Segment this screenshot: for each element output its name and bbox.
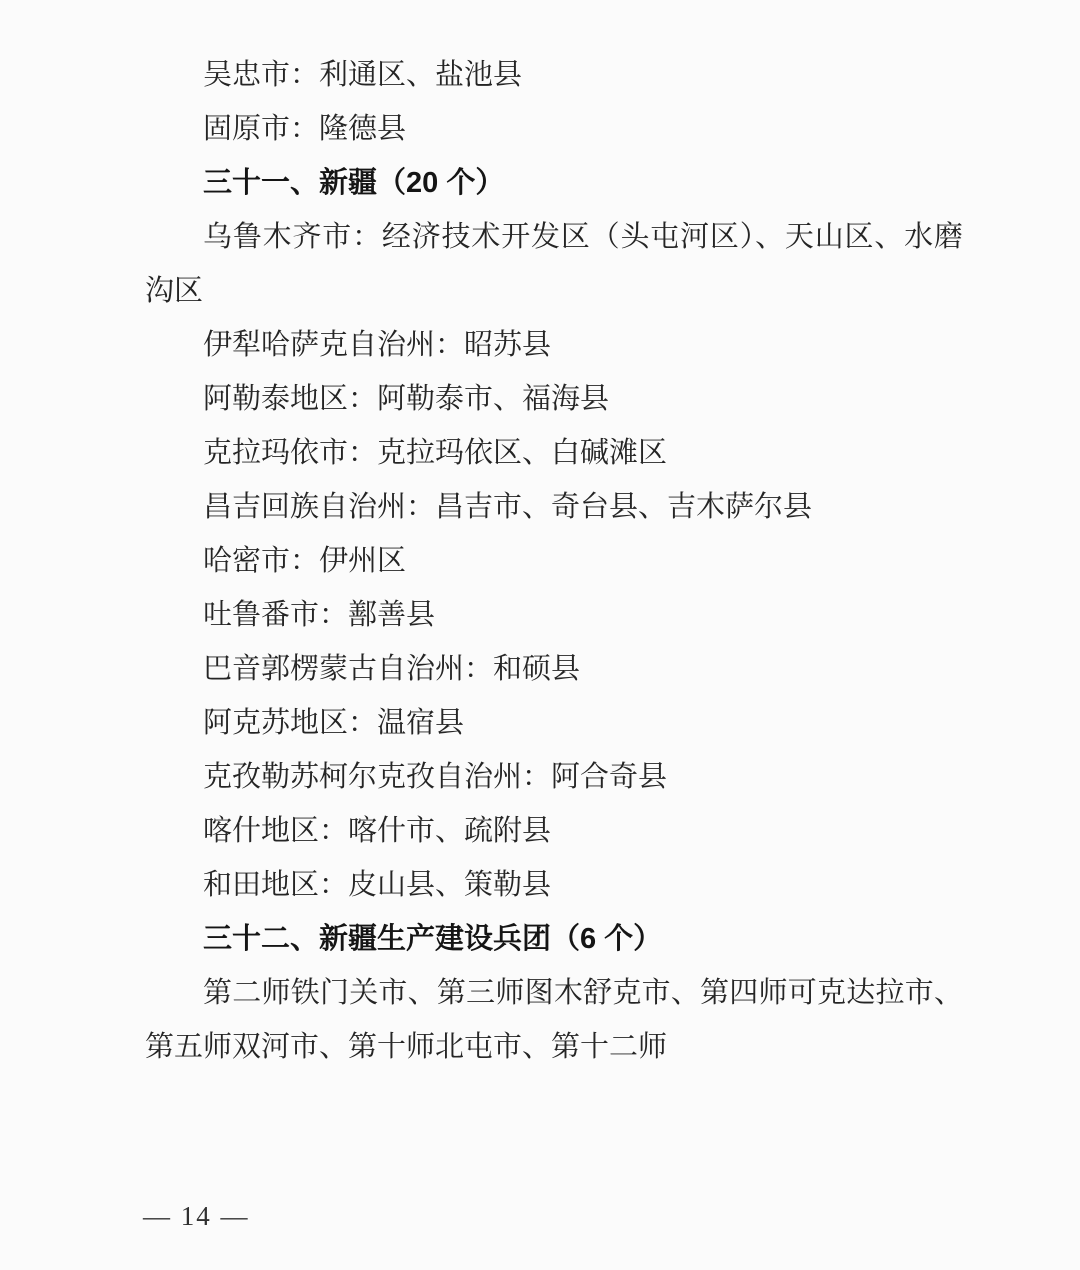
- page-number: — 14 —: [143, 1198, 250, 1234]
- paragraph-urumqi: 乌鲁木齐市：经济技术开发区（头屯河区）、天山区、水磨沟区: [145, 210, 963, 318]
- paragraph-akesu: 阿克苏地区：温宿县: [145, 696, 963, 750]
- paragraph-hetian: 和田地区：皮山县、策勒县: [145, 858, 963, 912]
- document-page: 吴忠市：利通区、盐池县 固原市：隆德县 三十一、新疆（20 个） 乌鲁木齐市：经…: [0, 0, 1080, 1270]
- paragraph-kezilesu: 克孜勒苏柯尔克孜自治州：阿合奇县: [145, 750, 963, 804]
- paragraph-kelamayi: 克拉玛依市：克拉玛依区、白碱滩区: [145, 426, 963, 480]
- section-heading-32-bingtuan: 三十二、新疆生产建设兵团（6 个）: [145, 912, 963, 966]
- paragraph-bayinguoleng: 巴音郭楞蒙古自治州：和硕县: [145, 642, 963, 696]
- section-heading-31-xinjiang: 三十一、新疆（20 个）: [145, 156, 963, 210]
- paragraph-guyuan: 固原市：隆德县: [145, 102, 963, 156]
- document-content: 吴忠市：利通区、盐池县 固原市：隆德县 三十一、新疆（20 个） 乌鲁木齐市：经…: [145, 48, 963, 1074]
- paragraph-changji: 昌吉回族自治州：昌吉市、奇台县、吉木萨尔县: [145, 480, 963, 534]
- paragraph-aletai: 阿勒泰地区：阿勒泰市、福海县: [145, 372, 963, 426]
- paragraph-bingtuan-divisions: 第二师铁门关市、第三师图木舒克市、第四师可克达拉市、第五师双河市、第十师北屯市、…: [145, 966, 963, 1074]
- paragraph-hami: 哈密市：伊州区: [145, 534, 963, 588]
- paragraph-wuzhong: 吴忠市：利通区、盐池县: [145, 48, 963, 102]
- paragraph-kashi: 喀什地区：喀什市、疏附县: [145, 804, 963, 858]
- paragraph-yili: 伊犁哈萨克自治州：昭苏县: [145, 318, 963, 372]
- paragraph-tulufan: 吐鲁番市：鄯善县: [145, 588, 963, 642]
